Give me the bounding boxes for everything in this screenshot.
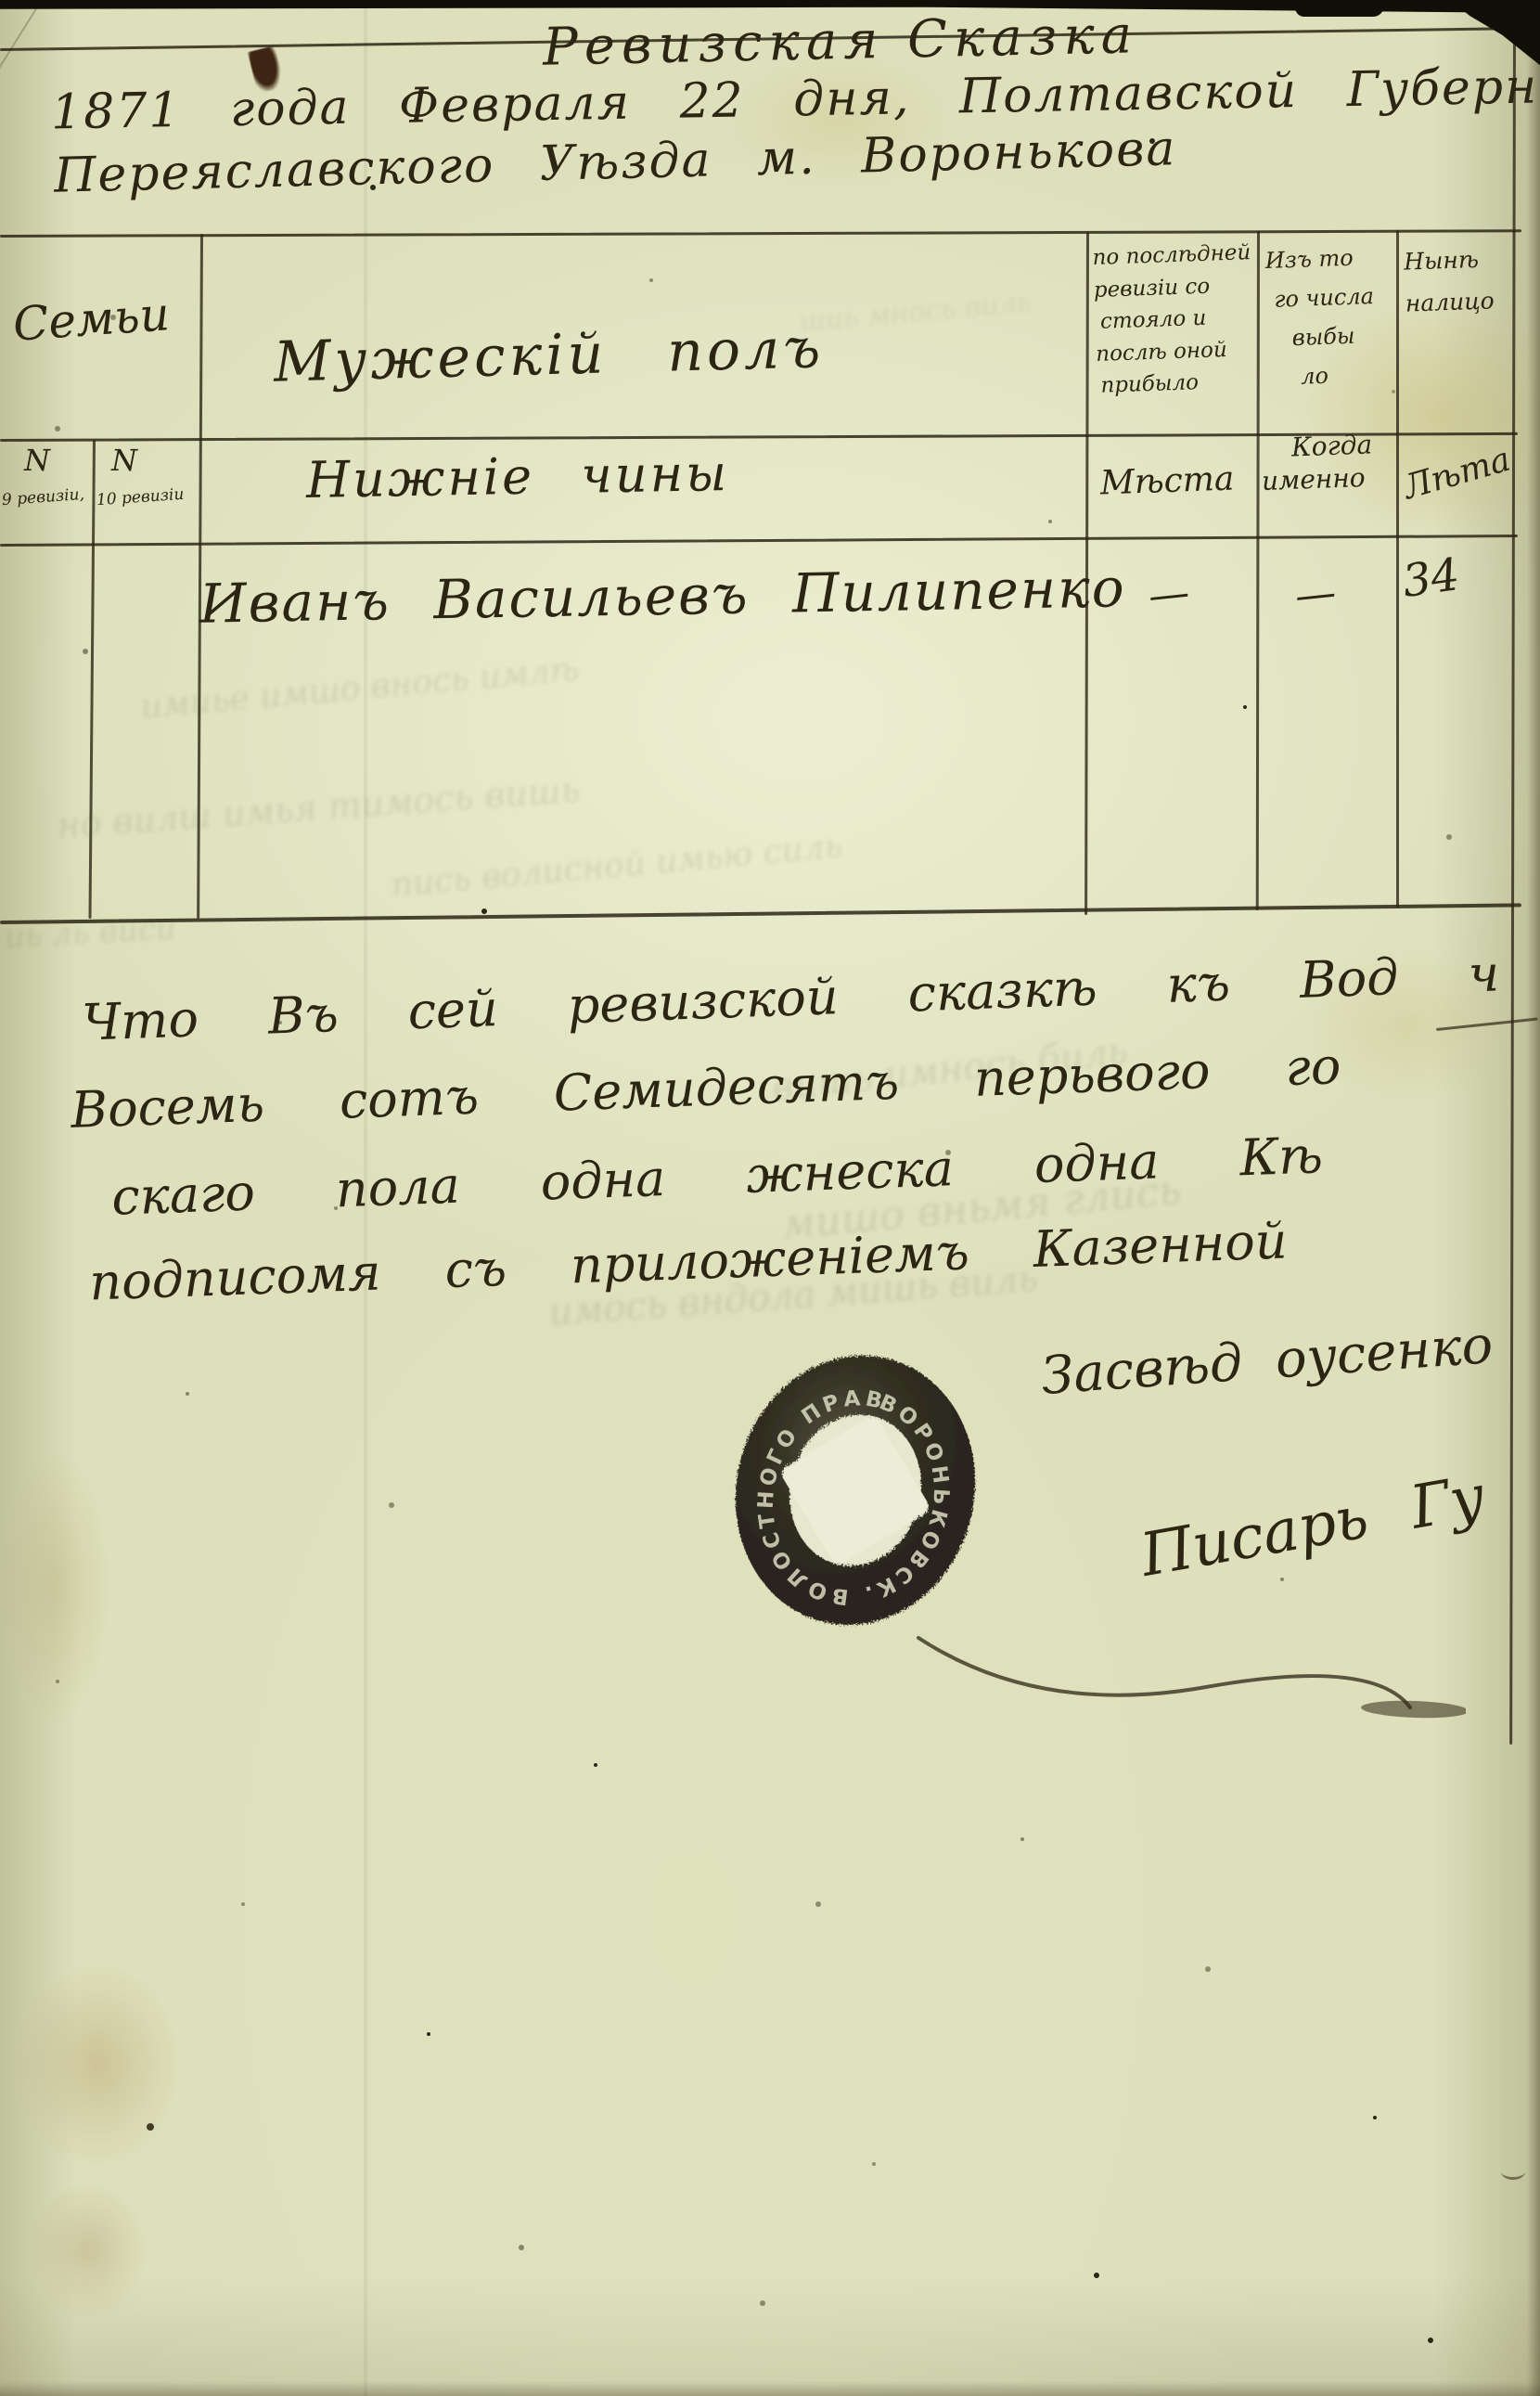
bottom-edge-shade	[0, 2381, 1540, 2396]
subcol-when-word1: Когда	[1291, 431, 1373, 460]
scanned-revision-list-page: имиье имшо внось имлѣ но вилш имья тимос…	[0, 0, 1540, 2396]
subcol-n10-mark: N	[111, 445, 137, 477]
table-vline-years	[1396, 230, 1399, 908]
arrived-line-5: прибыло	[1097, 365, 1256, 402]
certification-line-1: Что Въ сей ревизской сказкѣ къ Вод ч	[81, 947, 1500, 1050]
subcol-n9-label: 9 ревизіи,	[1, 487, 84, 509]
signature-first: Засвѣд оусенко	[1040, 1319, 1495, 1405]
table-bottom-border	[0, 903, 1521, 924]
bleedthrough-line: пись волисной имью силь	[390, 827, 844, 904]
page-title: Ревизская Сказка	[542, 8, 1138, 75]
col-header-present: Нынѣ налицо	[1403, 238, 1495, 324]
departed-line-4: ло	[1269, 354, 1378, 397]
subcol-when-word2: именно	[1262, 464, 1367, 495]
row-when-dash: —	[1293, 572, 1339, 619]
table-vline-when	[1256, 231, 1260, 910]
subcol-lower-ranks: Нижніе чины	[306, 447, 730, 508]
signature-second: Писарь Гу	[1136, 1466, 1490, 1588]
row-place-dash: —	[1147, 572, 1192, 619]
col-header-family: Семьи	[11, 290, 171, 349]
departed-line-1: Изъ то	[1264, 238, 1373, 280]
present-line-1: Нынѣ	[1403, 238, 1493, 282]
bleedthrough-line: имиье имшо внось имлѣ	[139, 651, 581, 727]
table-subheader-divider	[0, 535, 1518, 547]
arrived-line-1: по послѣдней	[1092, 237, 1251, 274]
signature-flourish	[909, 1615, 1466, 1745]
bleedthrough-line: шиь мнось виль	[798, 286, 1033, 339]
subcol-n10-label: 10 ревизіи	[96, 487, 184, 509]
col-header-departed: Изъ то го числа выбы ло	[1264, 238, 1377, 397]
subcol-n9-mark: N	[24, 445, 50, 477]
bleedthrough-line: но вилш имья тимось вишь	[56, 769, 582, 846]
page-right-margin-line	[1509, 32, 1516, 1745]
certification-line-2: Восемь сотъ Семидесятъ перьвого го	[70, 1040, 1341, 1137]
table-top-border	[0, 229, 1521, 238]
table-vline-n9-n10	[88, 440, 96, 919]
present-line-2: налицо	[1405, 279, 1495, 324]
stain-bottom-left-1	[9, 1958, 186, 2171]
subcol-places: Мѣста	[1099, 461, 1235, 501]
row-age: 34	[1400, 551, 1462, 605]
departed-line-3: выбы	[1267, 316, 1376, 358]
top-edge-blob	[1295, 0, 1384, 17]
row-name: Иванъ Васильевъ Пилипенко	[199, 560, 1127, 632]
edge-hook-mark	[1501, 2164, 1525, 2180]
col-header-male-sex: Мужескій полъ	[273, 319, 825, 393]
stain-left-middle	[0, 1448, 111, 1726]
fold-crease-diagonal	[0, 0, 48, 227]
col-header-arrived: по послѣдней ревизіи со стояло и послѣ о…	[1092, 237, 1256, 402]
stain-bottom-left-2	[28, 2181, 148, 2320]
departed-line-2: го числа	[1266, 277, 1375, 319]
right-edge-shade	[1527, 0, 1540, 2396]
